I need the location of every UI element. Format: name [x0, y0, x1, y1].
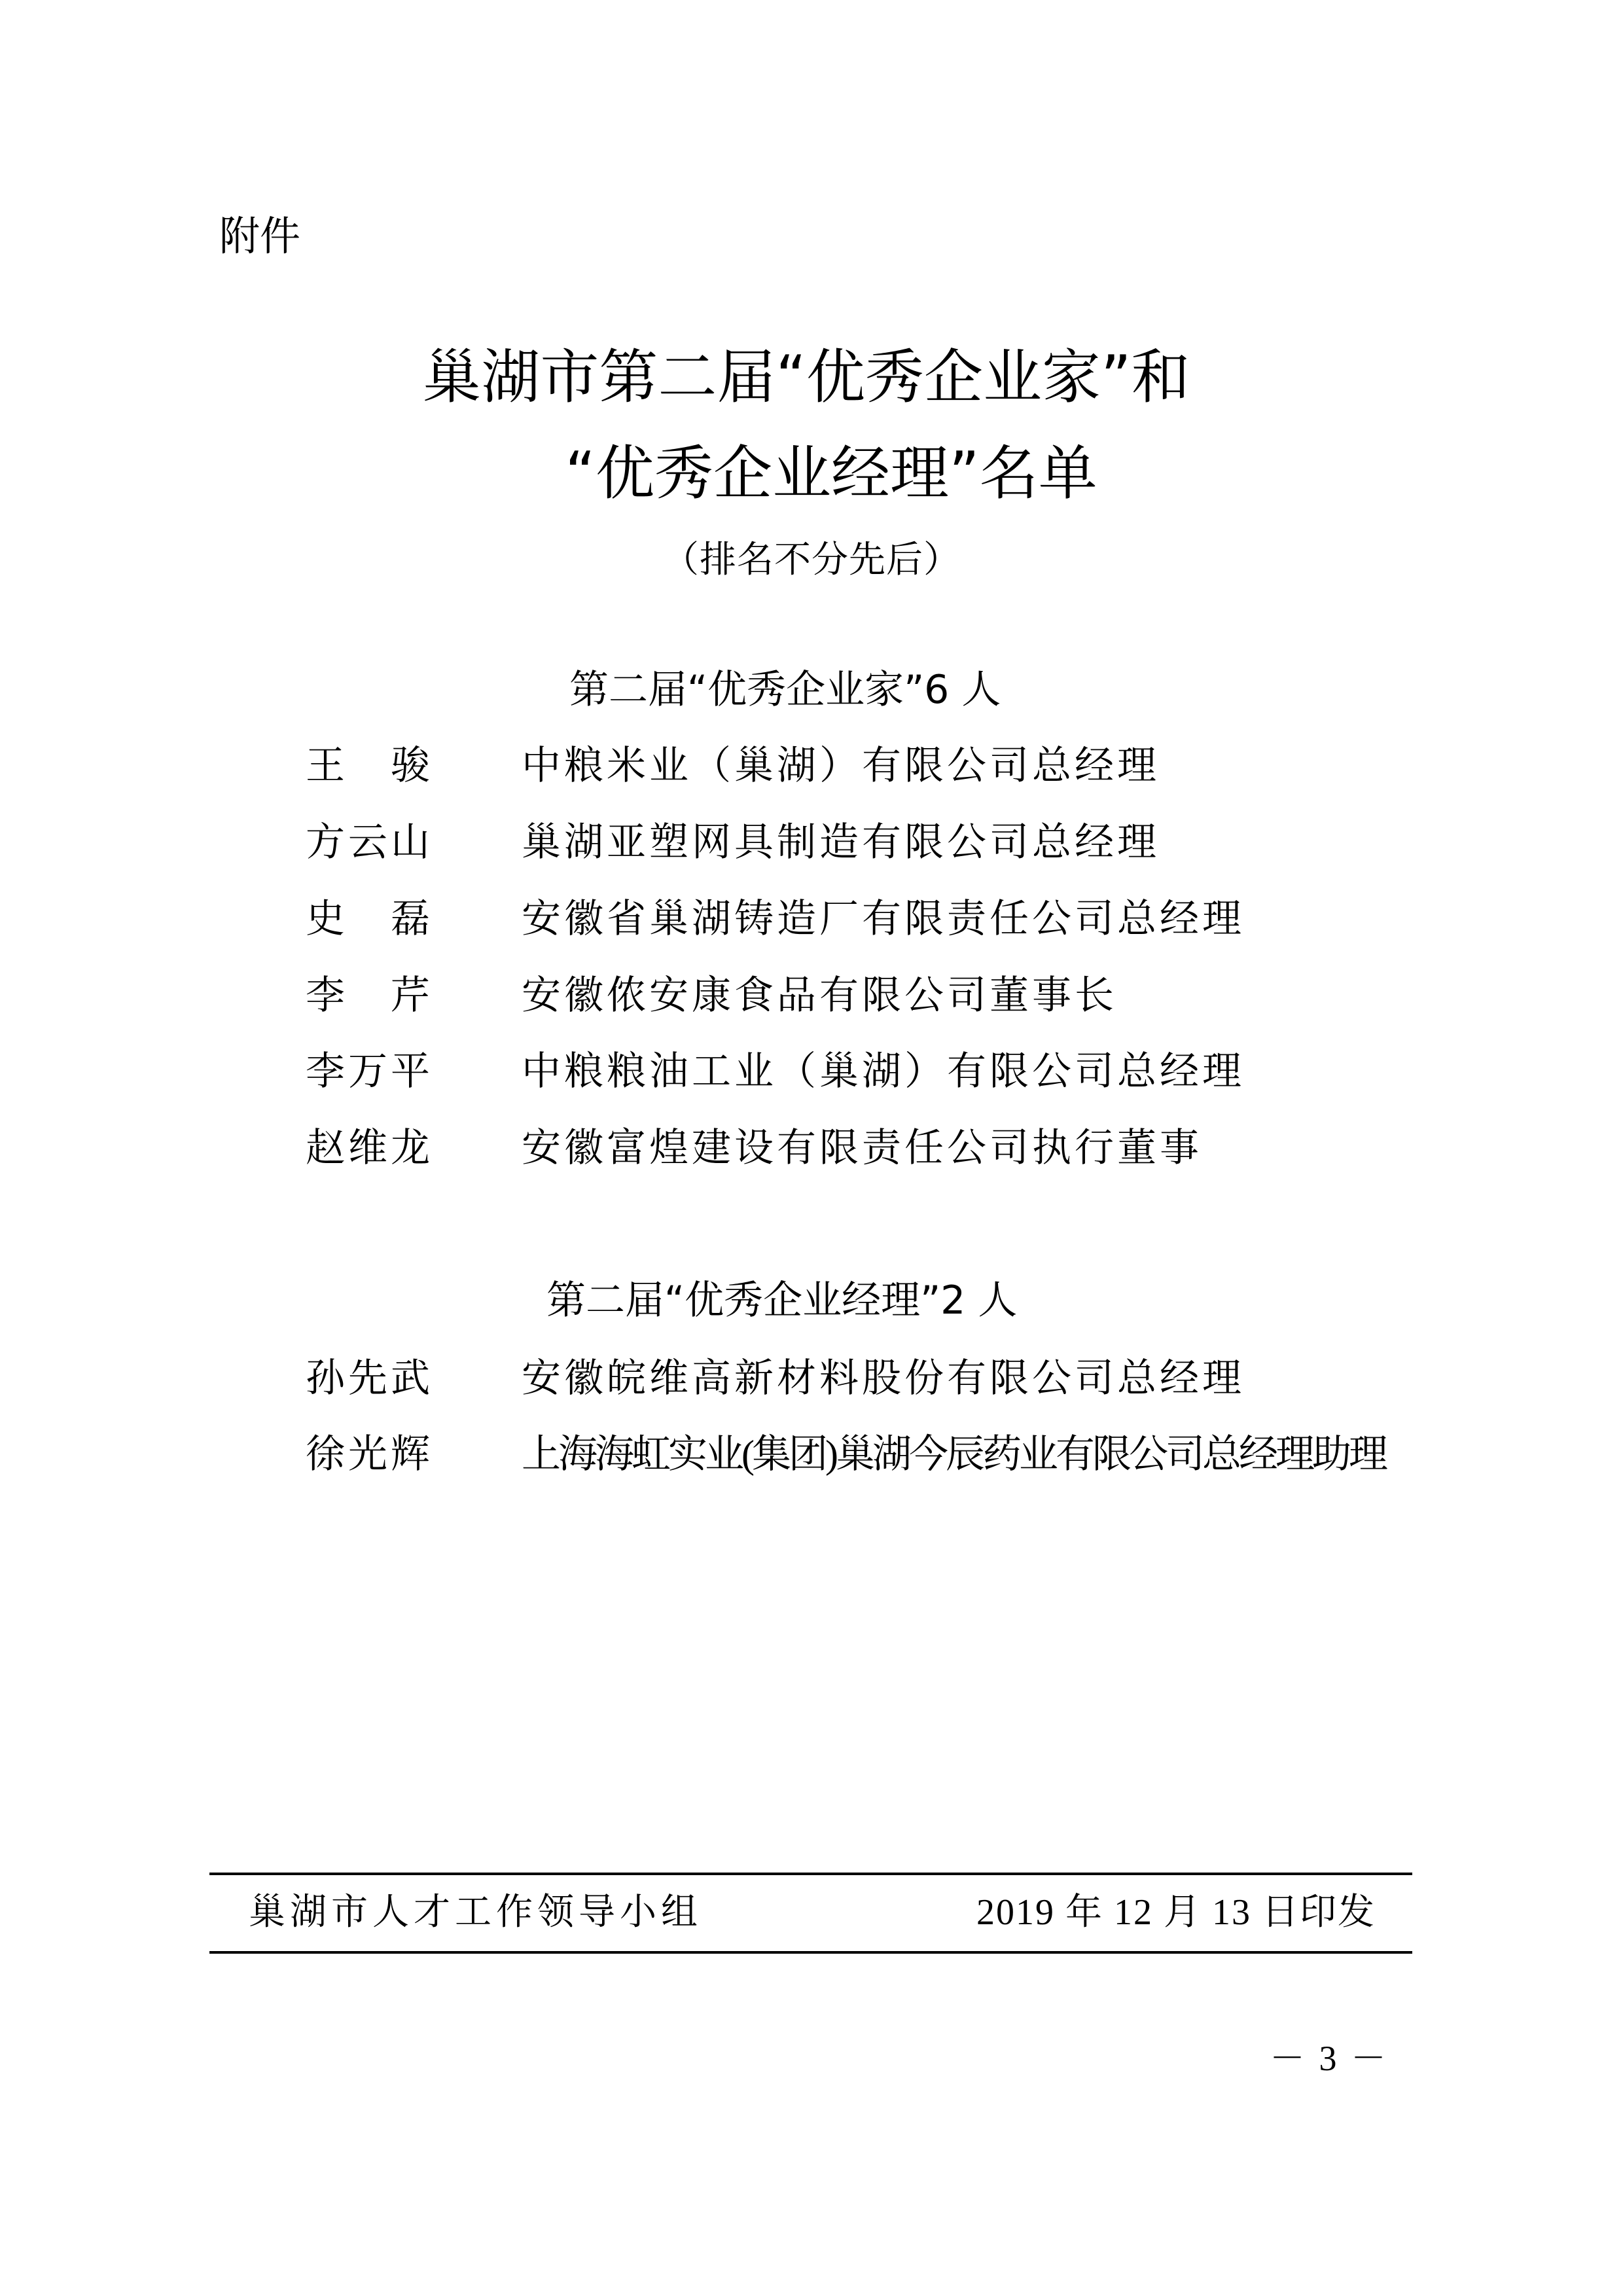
document-title-line-2: “优秀企业经理”名单 [20, 444, 1623, 503]
footer-rule-top [209, 1873, 1412, 1875]
list-item: 孙 先 武 安徽皖维高新材料股份有限公司总经理 [0, 1359, 1623, 1405]
name-char: 武 [391, 1359, 433, 1398]
list-item: 王 骏 中粮米业（巢湖）有限公司总经理 [0, 746, 1623, 792]
name-char: 徐 [306, 1435, 348, 1474]
name-char: 王 [306, 746, 348, 785]
awardee-name: 史 磊 [306, 899, 433, 939]
document-subtitle: （排名不分先后） [0, 542, 1623, 579]
name-char: 龙 [391, 1128, 433, 1168]
name-char: 平 [391, 1052, 433, 1091]
name-char: 光 [348, 1435, 391, 1474]
footer-rule-bottom [209, 1951, 1412, 1954]
name-char [348, 746, 391, 785]
awardee-company: 安徽侬安康食品有限公司董事长 [522, 976, 1117, 1015]
name-char [348, 899, 391, 939]
document-page: 附件 巢湖市第二届“优秀企业家”和 “优秀企业经理”名单 （排名不分先后） 第二… [0, 0, 1623, 2296]
awardee-company: 中粮米业（巢湖）有限公司总经理 [522, 746, 1160, 785]
page-number: － 3 － [1270, 2041, 1389, 2076]
list-item: 赵 维 龙 安徽富煌建设有限责任公司执行董事 [0, 1128, 1623, 1174]
section-heading-entrepreneurs: 第二届“优秀企业家”6 人 [569, 670, 1001, 709]
name-char: 李 [306, 1052, 348, 1091]
attachment-label: 附件 [219, 216, 300, 257]
document-title-line-1: 巢湖市第二届“优秀企业家”和 [0, 348, 1618, 407]
issuing-organization: 巢湖市人才工作领导小组 [249, 1894, 702, 1931]
awardee-company: 上海海虹实业(集团)巢湖今辰药业有限公司总经理助理 [522, 1435, 1385, 1474]
name-char: 辉 [391, 1435, 433, 1474]
name-char: 维 [348, 1128, 391, 1168]
awardee-name: 李 万 平 [306, 1052, 433, 1091]
name-char: 芹 [391, 976, 433, 1015]
awardee-name: 赵 维 龙 [306, 1128, 433, 1168]
awardee-name: 方 云 山 [306, 823, 433, 862]
awardee-company: 安徽富煌建设有限责任公司执行董事 [522, 1128, 1202, 1168]
name-char: 山 [391, 823, 433, 862]
list-item: 李 芹 安徽侬安康食品有限公司董事长 [0, 976, 1623, 1022]
awardee-company: 安徽皖维高新材料股份有限公司总经理 [522, 1359, 1245, 1398]
awardee-company: 中粮粮油工业（巢湖）有限公司总经理 [522, 1052, 1245, 1091]
name-char: 骏 [391, 746, 433, 785]
name-char: 磊 [391, 899, 433, 939]
awardee-name: 徐 光 辉 [306, 1435, 433, 1474]
name-char: 云 [348, 823, 391, 862]
list-item: 徐 光 辉 上海海虹实业(集团)巢湖今辰药业有限公司总经理助理 [0, 1435, 1623, 1480]
awardee-name: 李 芹 [306, 976, 433, 1015]
awardee-name: 孙 先 武 [306, 1359, 433, 1398]
name-char: 万 [348, 1052, 391, 1091]
name-char: 李 [306, 976, 348, 1015]
name-char: 赵 [306, 1128, 348, 1168]
awardee-name: 王 骏 [306, 746, 433, 785]
list-item: 方 云 山 巢湖亚塑网具制造有限公司总经理 [0, 823, 1623, 869]
name-char: 方 [306, 823, 348, 862]
name-char: 史 [306, 899, 348, 939]
name-char: 孙 [306, 1359, 348, 1398]
list-item: 李 万 平 中粮粮油工业（巢湖）有限公司总经理 [0, 1052, 1623, 1098]
list-item: 史 磊 安徽省巢湖铸造厂有限责任公司总经理 [0, 899, 1623, 945]
section-heading-managers: 第二届“优秀企业经理”2 人 [546, 1281, 1017, 1320]
awardee-company: 安徽省巢湖铸造厂有限责任公司总经理 [522, 899, 1245, 939]
name-char: 先 [348, 1359, 391, 1398]
name-char [348, 976, 391, 1015]
issue-date: 2019 年 12 月 13 日印发 [976, 1894, 1376, 1931]
awardee-company: 巢湖亚塑网具制造有限公司总经理 [522, 823, 1160, 862]
